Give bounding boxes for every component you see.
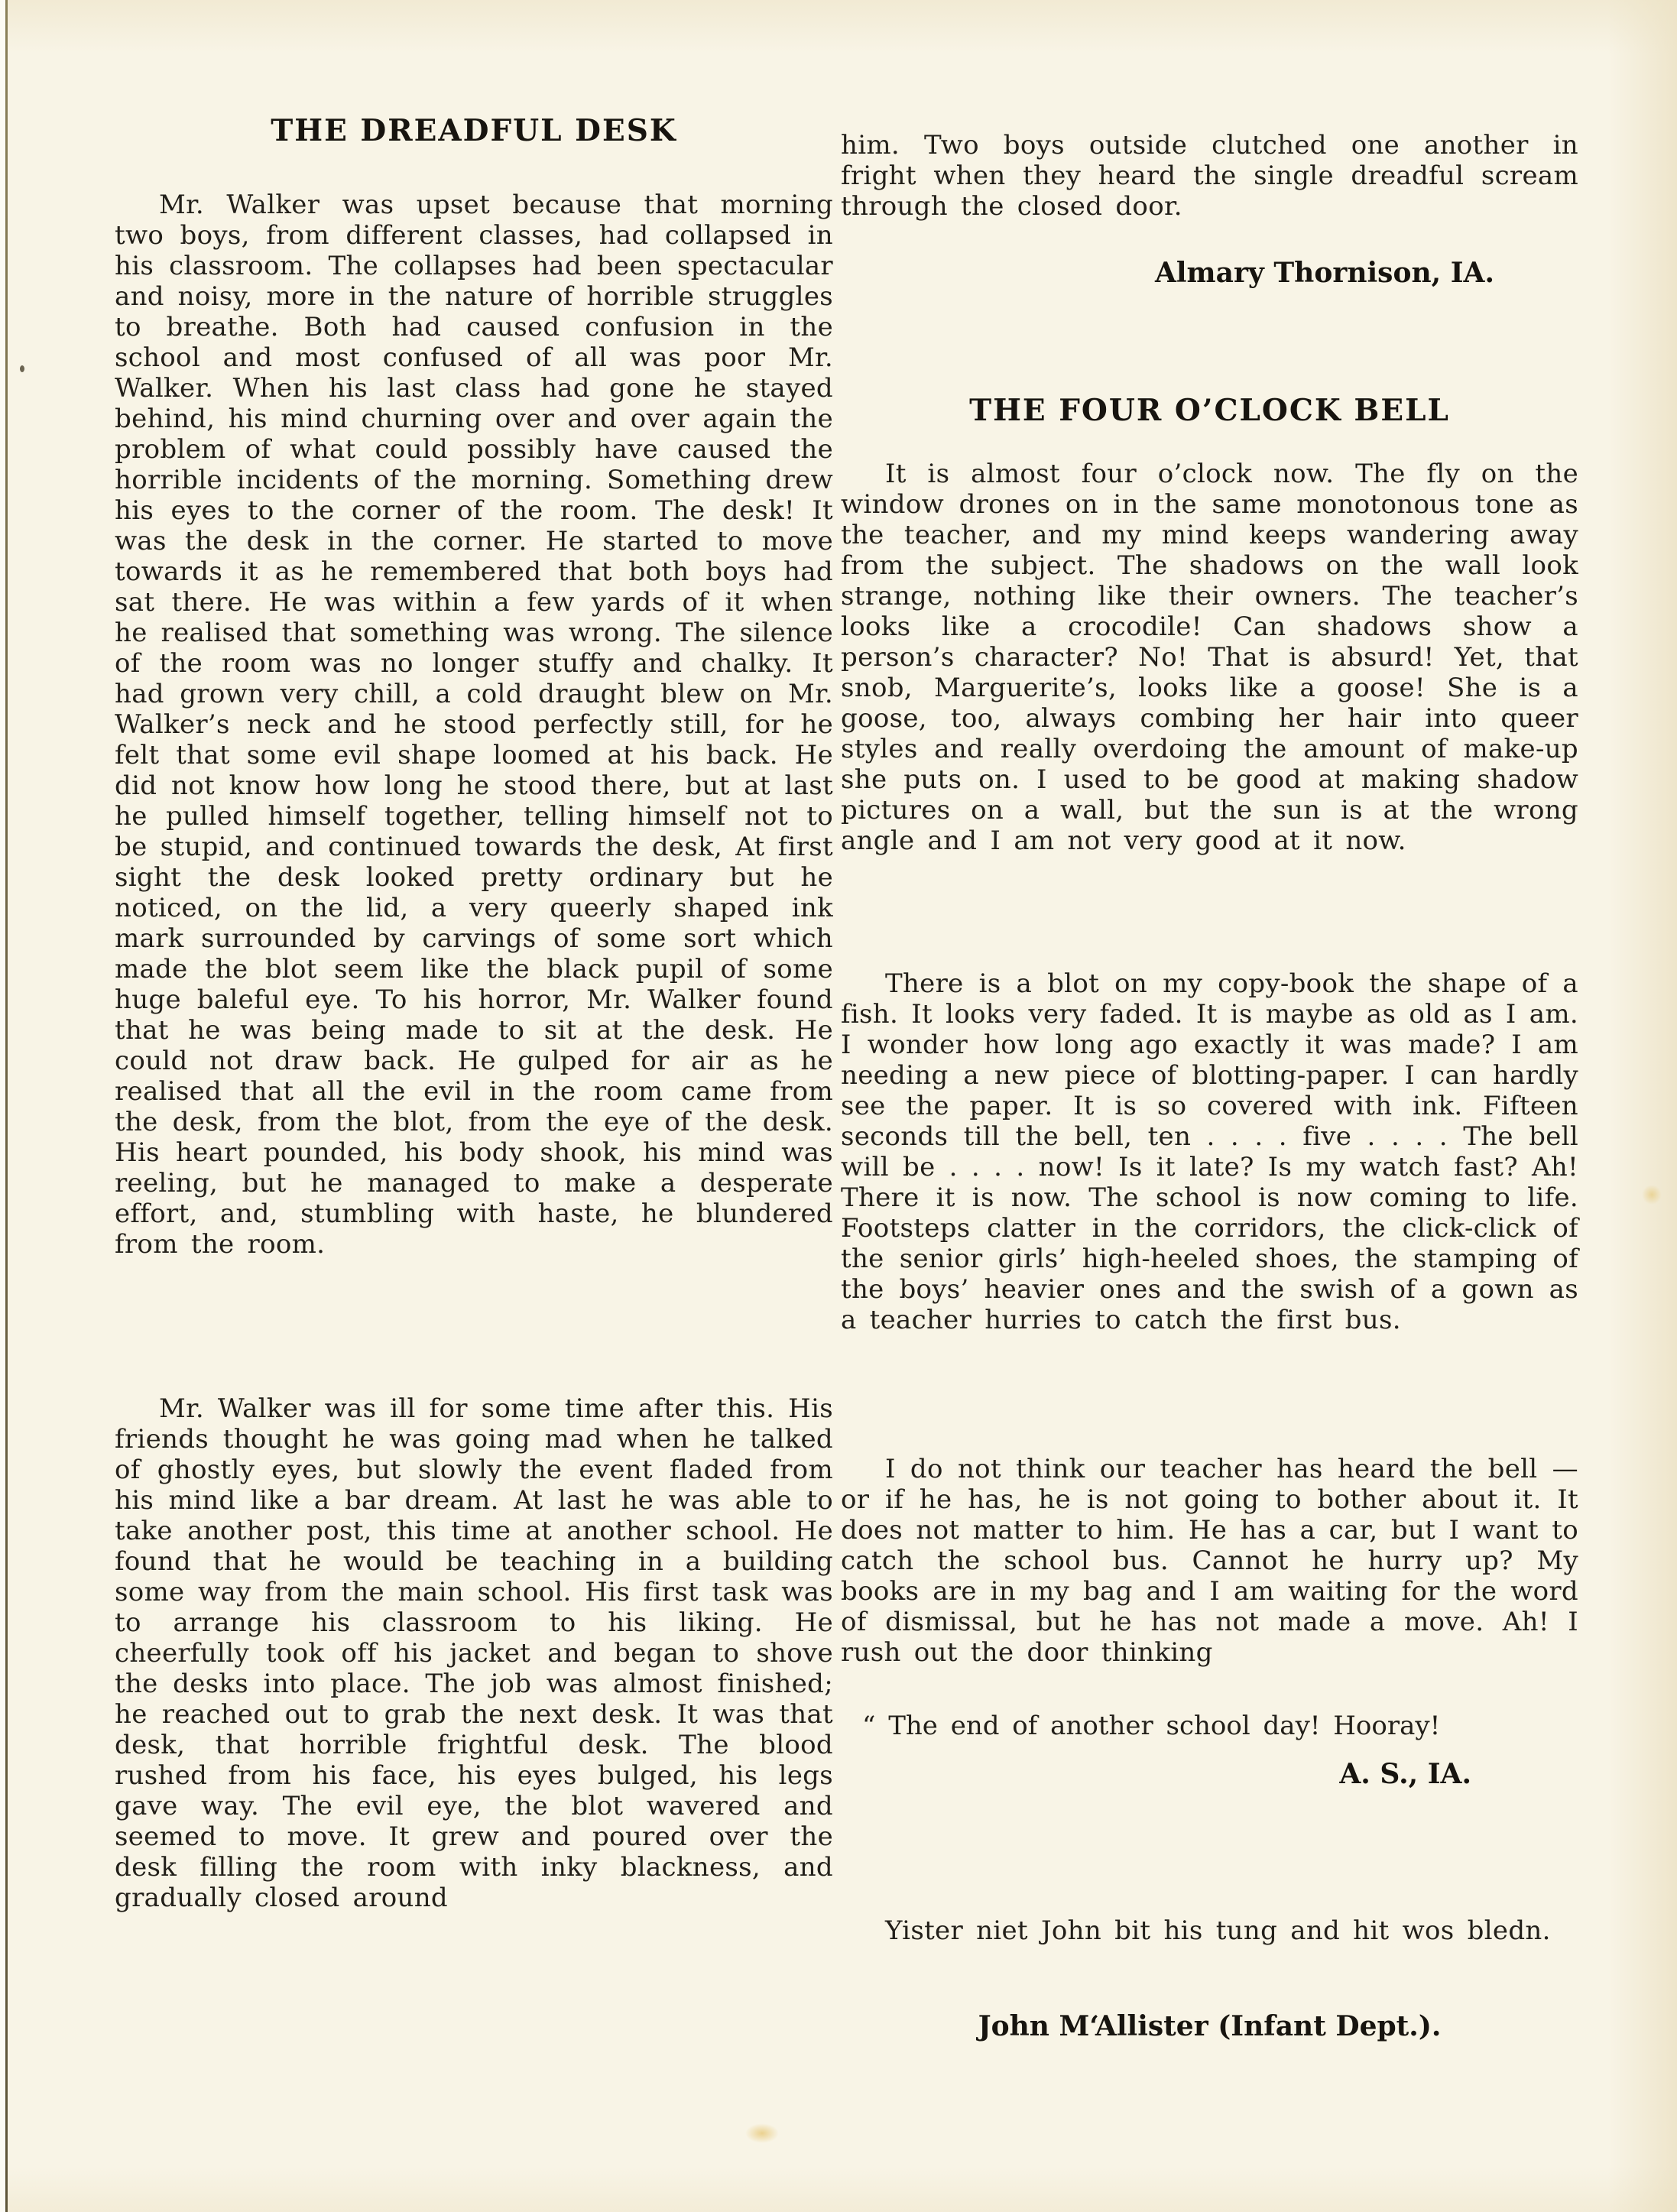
infant-note: Yister niet John bit his tung and hit wo…: [841, 1915, 1578, 1946]
stain-spot-right: [1642, 1185, 1662, 1205]
four-oclock-paragraph-2: There is a blot on my copy-book the shap…: [841, 968, 1578, 1335]
four-oclock-paragraph-3: I do not think our teacher has heard the…: [841, 1454, 1578, 1668]
article-title-dreadful-desk: THE DREADFUL DESK: [115, 113, 833, 148]
byline-john-mallister: John M‘Allister (Infant Dept.).: [841, 2010, 1578, 2042]
closing-quote-line: “ The end of another school day! Hooray!: [841, 1711, 1578, 1741]
left-column: THE DREADFUL DESK Mr. Walker was upset b…: [115, 0, 833, 2212]
dreadful-desk-paragraph-1: Mr. Walker was upset because that mornin…: [115, 190, 833, 1260]
right-column: him. Two boys outside clutched one anoth…: [841, 0, 1578, 2212]
scanned-page: THE DREADFUL DESK Mr. Walker was upset b…: [0, 0, 1677, 2212]
dreadful-desk-continuation: him. Two boys outside clutched one anoth…: [841, 130, 1578, 222]
dreadful-desk-paragraph-2: Mr. Walker was ill for some time after t…: [115, 1393, 833, 1913]
article-title-four-oclock-bell: THE FOUR O’CLOCK BELL: [841, 393, 1578, 428]
byline-as-ia: A. S., IA.: [841, 1758, 1578, 1790]
page-edge-strip: [0, 0, 5, 2212]
ink-speck-left-margin: [20, 365, 24, 372]
byline-almary-thornison: Almary Thornison, IA.: [841, 257, 1578, 289]
page-edge-line: [5, 0, 8, 2212]
four-oclock-paragraph-1: It is almost four o’clock now. The fly o…: [841, 459, 1578, 856]
